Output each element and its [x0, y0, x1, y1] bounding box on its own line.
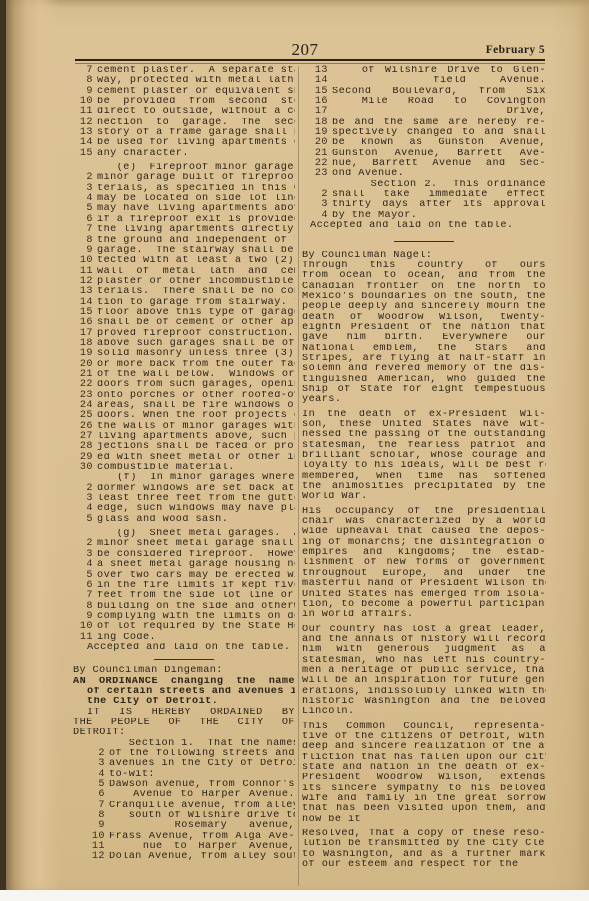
line-number: 5: [73, 571, 97, 581]
numbered-line: 5Dawson avenue, from Connor's: [79, 780, 295, 790]
section-g-sheet-metal-garages: (g) Sheet metal garages. A2minor sheet m…: [73, 529, 295, 643]
wilson-memorial-resolution: Through this country of oursfrom ocean t…: [302, 261, 546, 871]
numbered-line: 22nue, Barrett Avenue and Sec-: [302, 159, 546, 169]
line-number: [73, 163, 97, 173]
page-number: 207: [275, 40, 335, 60]
line-text: or more back from the outer face: [97, 360, 295, 370]
paragraph-line: Mexico's boundaries on the south, the: [302, 292, 546, 302]
numbered-line: 15any character.: [73, 149, 295, 159]
numbered-line: 8building on the side and otherwise: [73, 602, 295, 612]
line-text: south of Wilshire drive to: [109, 811, 295, 821]
line-number: 10: [73, 256, 97, 266]
paragraph-line: lution be transmitted by the City Clerk: [302, 839, 546, 849]
line-text: Section 2. This ordinance: [332, 180, 546, 190]
numbered-line: 25doors. When the roof projects over: [73, 411, 295, 421]
line-text: nection to garage. The second: [97, 118, 295, 128]
paragraph-line: National emblem, the Stars and: [302, 344, 546, 354]
line-text: be provided from second story: [97, 97, 295, 107]
numbered-line: 19spectively changed to and shall: [302, 128, 546, 138]
line-number: 10: [73, 622, 97, 632]
numbered-line: 14be used for living apartments of: [73, 138, 295, 148]
paragraph-line: of our esteem and respect for the: [302, 860, 546, 870]
line-text: jections shall be faced or protect-: [97, 442, 295, 452]
numbered-line: 5over two cars may be erected with-: [73, 571, 295, 581]
line-text: Second Boulevard, from Six: [332, 87, 546, 97]
numbered-line: 4may be located on side lot line and: [73, 194, 295, 204]
paragraph-line: membered, when time has softened: [302, 472, 546, 482]
line-number: 4: [73, 194, 97, 204]
paragraph-line: state and nation in the death of ex-: [302, 763, 546, 773]
numbered-line: 3be considered fireproof. However,: [73, 550, 295, 560]
numbered-line: 10of lot required by the State Hous-: [73, 622, 295, 632]
line-text: over two cars may be erected with-: [97, 571, 295, 581]
paragraph-line: masterful hand of President Wilson the: [302, 579, 546, 589]
line-text: (g) Sheet metal garages. A: [97, 529, 295, 539]
left-column: 7cement plaster. A separate stair-8way, …: [73, 66, 295, 863]
numbered-line: 11direct to outside, without a con-: [73, 107, 295, 117]
numbered-line: Section 2. This ordinance: [302, 180, 546, 190]
numbered-line: 2minor garage built of fireproof ma-: [73, 173, 295, 183]
numbered-line: 8way, protected with metal lath and: [73, 76, 295, 86]
paragraph-line: United States has emerged from isola-: [302, 590, 546, 600]
paragraph-line: historic Washington and the beloved: [302, 697, 546, 707]
paragraph-line: statesman, the fearless patriot and: [302, 441, 546, 451]
separator-rule: [394, 241, 454, 242]
resolution-paragraph: Our country has lost a great leader,and …: [302, 625, 546, 718]
numbered-line: 15floor above this type of garage: [73, 308, 295, 318]
line-number: 8: [73, 76, 97, 86]
numbered-line: 26the walls of minor garages with: [73, 422, 295, 432]
numbered-line: 16 Mile Road to Covington: [302, 97, 546, 107]
paragraph-line: tinguished American, who guided the: [302, 375, 546, 385]
line-text: solid masonry unless three (3) feet: [97, 349, 295, 359]
numbered-line: 7feet from the side lot line or other: [73, 591, 295, 601]
line-text: dormer windows are set back at: [97, 484, 295, 494]
line-text: doors. When the roof projects over: [97, 411, 295, 421]
numbered-line: 14tion to garage from stairway. The: [73, 298, 295, 308]
line-number: 30: [73, 463, 97, 473]
paragraph-line: Our country has lost a great leader,: [302, 625, 546, 635]
numbered-line: 4edge, such windows may have plain: [73, 504, 295, 514]
numbered-line: 2minor sheet metal garage shall not: [73, 539, 295, 549]
line-text: living apartments above, such pro-: [97, 432, 295, 442]
paragraph-line: brilliant scholar, whose courage and: [302, 451, 546, 461]
numbered-line: 6 Avenue to Harper Avenue.: [79, 790, 295, 800]
line-text: glass and wood sash.: [97, 515, 295, 525]
line-text: (e) Fireproof minor garages. A: [97, 163, 295, 173]
line-number: 4: [73, 560, 97, 570]
line-text: by the Mayor.: [332, 211, 546, 221]
line-text: tion to garage from stairway. The: [97, 298, 295, 308]
section-e-fireproof-minor-garages: (e) Fireproof minor garages. A2minor gar…: [73, 163, 295, 473]
resolution-paragraph: Through this country of oursfrom ocean t…: [302, 261, 546, 406]
numbered-line: 19solid masonry unless three (3) feet: [73, 349, 295, 359]
line-text: areas, shall be fire windows or: [97, 401, 295, 411]
line-number: 23: [302, 169, 332, 179]
numbered-line: (g) Sheet metal garages. A: [73, 529, 295, 539]
line-text: a sheet metal garage housing not: [97, 560, 295, 570]
ordinance-title-line: AN ORDINANCE changing the name: [73, 677, 295, 687]
resolution-paragraph: His occupancy of the presidentialchair w…: [302, 507, 546, 621]
line-text: be and the same are hereby re-: [332, 118, 546, 128]
line-text: be known as Gunston Avenue,: [332, 138, 546, 148]
paragraph-line: Through this country of ours: [302, 261, 546, 271]
page-header: 207 February 5: [75, 40, 545, 58]
paragraph-line: In the death of ex-President Wil-: [302, 410, 546, 420]
numbered-line: 20be known as Gunston Avenue,: [302, 138, 546, 148]
paragraph-line: lishment of new forms of government: [302, 558, 546, 568]
paragraph-line: President Woodrow Wilson, extends: [302, 773, 546, 783]
numbered-line: 29ed with sheet metal or other in-: [73, 453, 295, 463]
numbered-line: 11 nue to Harper Avenue,: [79, 842, 295, 852]
paragraph-line: statesman, who has left his country-: [302, 656, 546, 666]
paragraph-line: in world affairs.: [302, 610, 546, 620]
line-text: way, protected with metal lath and: [97, 76, 295, 86]
ordinance-title-line: the City of Detroit.: [73, 697, 295, 707]
numbered-line: 5may have living apartments above: [73, 204, 295, 214]
line-text: (f) In minor garages where: [97, 473, 295, 483]
numbered-line: 30combustible material.: [73, 463, 295, 473]
numbered-line: 9 Rosemary avenue,: [79, 821, 295, 831]
book-spine-shadow: [0, 0, 6, 892]
paragraph-line: chair was characterized by a world: [302, 517, 546, 527]
line-number: 7: [73, 66, 97, 76]
paragraph-line: loyalty to his ideals, will be best re-: [302, 461, 546, 471]
paragraph-line: nessed the passing of the outstanding: [302, 430, 546, 440]
numbered-line: 11wall of metal lath and cement: [73, 267, 295, 277]
line-text: spectively changed to and shall: [332, 128, 546, 138]
paragraph-line: gave him birth. Everywhere our: [302, 333, 546, 343]
paragraph-line: World War.: [302, 492, 546, 502]
paragraph-line: death of Woodrow Wilson, twenty-: [302, 313, 546, 323]
numbered-line: 21of the wall below. Windows or: [73, 370, 295, 380]
paragraph-line: will be an inspiration for future gen-: [302, 676, 546, 686]
line-text: cement plaster. A separate stair-: [97, 66, 295, 76]
section-1-street-list: Section 1. That the names2of the followi…: [73, 739, 295, 863]
line-number: 11: [73, 633, 97, 643]
paragraph-line: son, these United States have wit-: [302, 420, 546, 430]
line-text: the living apartments directly to: [97, 225, 295, 235]
line-text: in the fire limits if kept five (5): [97, 581, 295, 591]
numbered-line: 2of the following streets and: [79, 749, 295, 759]
numbered-line: 7the living apartments directly to: [73, 225, 295, 235]
numbered-line: 14 field Avenue.: [302, 76, 546, 86]
line-text: ond Avenue.: [332, 169, 546, 179]
paragraph-line: throughout Europe, and under the: [302, 569, 546, 579]
line-text: doors from such garages, opening: [97, 380, 295, 390]
accepted-note: Accepted and laid on the table.: [73, 643, 295, 653]
line-text: Drive,: [332, 107, 546, 117]
line-number: 2: [73, 173, 97, 183]
line-text: Mile Road to Covington: [332, 97, 546, 107]
numbered-line: 8 south of Wilshire drive to: [79, 811, 295, 821]
line-text: direct to outside, without a con-: [97, 107, 295, 117]
line-text: edge, such windows may have plain: [97, 504, 295, 514]
header-rule-thick: [75, 59, 545, 61]
resolution-paragraph: In the death of ex-President Wil-son, th…: [302, 410, 546, 503]
paragraph-line: the animosities precipitated by the: [302, 482, 546, 492]
scan-bottom-margin: [0, 890, 589, 901]
line-number: [73, 529, 97, 539]
numbered-line: 10tected with at least a two (2) inch: [73, 256, 295, 266]
line-text: proved fireproof construction. Walls: [97, 329, 295, 339]
numbered-line: 9complying with the limits on depth: [73, 612, 295, 622]
numbered-line: 21Gunston Avenue, Barrett Ave-: [302, 149, 546, 159]
numbered-line: 7cement plaster. A separate stair-: [73, 66, 295, 76]
line-number: 3: [73, 550, 97, 560]
line-text: nue, Barrett Avenue and Sec-: [332, 159, 546, 169]
numbered-line: (f) In minor garages where: [73, 473, 295, 483]
paragraph-line: years.: [302, 395, 546, 405]
ordained-line: DETROIT:: [73, 728, 295, 738]
ordained-line: THE PEOPLE OF THE CITY OF: [73, 718, 295, 728]
numbered-line: 2dormer windows are set back at: [73, 484, 295, 494]
numbered-line: 10be provided from second story: [73, 97, 295, 107]
line-number: 3: [73, 494, 97, 504]
numbered-line: 8the ground and independent of the: [73, 236, 295, 246]
header-date: February 5: [486, 44, 545, 56]
numbered-line: 13 of Wilshire Drive to Glen-: [302, 66, 546, 76]
section-1-continued: 13 of Wilshire Drive to Glen-14 field Av…: [302, 66, 546, 180]
numbered-line: 5glass and wood sash.: [73, 515, 295, 525]
line-text: of the wall below. Windows or: [97, 370, 295, 380]
line-text: may be located on side lot line and: [97, 194, 295, 204]
numbered-line: 3thirty days after its approval: [302, 200, 546, 210]
numbered-line: Section 1. That the names: [79, 739, 295, 749]
separator-rule: [154, 659, 214, 660]
line-text: terials, as specified in this Code,: [97, 184, 295, 194]
line-text: complying with the limits on depth: [97, 612, 295, 622]
line-text: story of a frame garage shall not: [97, 128, 295, 138]
line-text: terials. There shall be no connec-: [97, 287, 295, 297]
numbered-line: 3terials, as specified in this Code,: [73, 184, 295, 194]
numbered-line: 11ing Code.: [73, 633, 295, 643]
numbered-line: 27living apartments above, such pro-: [73, 432, 295, 442]
numbered-line: 18above such garages shall be of: [73, 339, 295, 349]
line-number: 7: [73, 591, 97, 601]
paragraph-line: tion, to become a powerful participant: [302, 600, 546, 610]
section-f-dormer-windows: (f) In minor garages where2dormer window…: [73, 473, 295, 525]
resolution-paragraph: This Common Council, representa-tive of …: [302, 722, 546, 825]
numbered-line: 9cement plaster or equivalent shall: [73, 87, 295, 97]
paragraph-line: him with generous judgment as a: [302, 645, 546, 655]
numbered-line: 4to-wit:: [79, 770, 295, 780]
line-number: 8: [73, 602, 97, 612]
line-number: 4: [73, 504, 97, 514]
paragraph-line: Lincoln.: [302, 707, 546, 717]
numbered-line: 10Frass Avenue, from Alga Ave-: [79, 832, 295, 842]
line-text: Dolan Avenue, from alley south: [109, 852, 295, 862]
paragraph-line: solemn and revered memory of the dis-: [302, 364, 546, 374]
garage-code-block: 7cement plaster. A separate stair-8way, …: [73, 66, 295, 159]
paragraph-line: that has been visited upon them, and: [302, 804, 546, 814]
line-text: of Wilshire Drive to Glen-: [332, 66, 546, 76]
paragraph-line: tive of the citizens of Detroit, with a: [302, 732, 546, 742]
paragraph-line: empires and kingdoms; the estab-: [302, 548, 546, 558]
line-number: 5: [73, 515, 97, 525]
line-text: of the following streets and: [109, 749, 295, 759]
numbered-line: 28jections shall be faced or protect-: [73, 442, 295, 452]
line-text: Rosemary avenue,: [109, 821, 295, 831]
paragraph-line: and the annals of history will record: [302, 635, 546, 645]
numbered-line: 3least three feet from the gutter: [73, 494, 295, 504]
numbered-line: 17proved fireproof construction. Walls: [73, 329, 295, 339]
line-text: Avenue to Harper Avenue.: [109, 790, 295, 800]
line-text: if a fireproof exit is provided from: [97, 215, 295, 225]
byline-dingeman: By Councilman Dingeman:: [73, 666, 295, 676]
numbered-line: 17 Drive,: [302, 107, 546, 117]
paragraph-line: now be it: [302, 815, 546, 825]
numbered-line: 12plaster or other incombustible ma-: [73, 277, 295, 287]
paragraph-line: ing of monarchs; the disintegration of: [302, 538, 546, 548]
line-text: thirty days after its approval: [332, 200, 546, 210]
line-text: of lot required by the State Hous-: [97, 622, 295, 632]
paragraph-line: Stripes, are flying at half-staff in: [302, 354, 546, 364]
line-text: any character.: [97, 149, 295, 159]
paragraph-line: This Common Council, representa-: [302, 722, 546, 732]
numbered-line: 9garage. The stairway shall be pro-: [73, 246, 295, 256]
line-number: 15: [73, 149, 97, 159]
line-text: the walls of minor garages with: [97, 422, 295, 432]
numbered-line: 6in the fire limits if kept five (5): [73, 581, 295, 591]
line-text: onto porches or other roofed-over: [97, 391, 295, 401]
line-text: avenues in the City of Detroit.: [109, 759, 295, 769]
line-text: be used for living apartments of: [97, 138, 295, 148]
line-text: the ground and independent of the: [97, 236, 295, 246]
line-text: field Avenue.: [332, 76, 546, 86]
paragraph-line: His occupancy of the presidential: [302, 507, 546, 517]
paragraph-line: Resolved, That a copy of these reso-: [302, 829, 546, 839]
numbered-line: 12nection to garage. The second: [73, 118, 295, 128]
numbered-line: 12Dolan Avenue, from alley south: [79, 852, 295, 862]
line-text: garage. The stairway shall be pro-: [97, 246, 295, 256]
paragraph-line: men a heritage of public service, that: [302, 666, 546, 676]
line-number: [73, 473, 97, 483]
line-number: 3: [73, 184, 97, 194]
line-number: 8: [73, 236, 97, 246]
line-text: floor above this type of garage: [97, 308, 295, 318]
line-text: building on the side and otherwise: [97, 602, 295, 612]
line-number: 5: [73, 204, 97, 214]
ordinance-title-line: of certain streets and avenues in: [73, 687, 295, 697]
line-text: Cranquille avenue, from alley: [109, 801, 295, 811]
line-text: be considered fireproof. However,: [97, 550, 295, 560]
paragraph-line: deep and sincere realization of the af-: [302, 742, 546, 752]
paragraph-line: Canadian frontier on the north to: [302, 282, 546, 292]
numbered-line: 3avenues in the City of Detroit.: [79, 759, 295, 769]
numbered-line: 6if a fireproof exit is provided from: [73, 215, 295, 225]
paragraph-line: fliction that has fallen upon our city,: [302, 753, 546, 763]
numbered-line: 23onto porches or other roofed-over: [73, 391, 295, 401]
line-number: 7: [73, 225, 97, 235]
line-number: 2: [73, 484, 97, 494]
numbered-line: 16shall be of cement or other ap-: [73, 318, 295, 328]
numbered-line: 23ond Avenue.: [302, 169, 546, 179]
numbered-line: 13story of a frame garage shall not: [73, 128, 295, 138]
line-number: 2: [73, 539, 97, 549]
line-text: Gunston Avenue, Barrett Ave-: [332, 149, 546, 159]
numbered-line: 7Cranquille avenue, from alley: [79, 801, 295, 811]
line-text: shall be of cement or other ap-: [97, 318, 295, 328]
ordained-line: IT IS HEREBY ORDAINED BY: [73, 708, 295, 718]
numbered-line: 22doors from such garages, opening: [73, 380, 295, 390]
right-column: 13 of Wilshire Drive to Glen-14 field Av…: [302, 66, 546, 870]
line-text: wall of metal lath and cement: [97, 267, 295, 277]
line-text: Dawson avenue, from Connor's: [109, 780, 295, 790]
paragraph-line: Ship of State for eight tempestuous: [302, 385, 546, 395]
line-text: to-wit:: [109, 770, 295, 780]
line-text: Frass Avenue, from Alga Ave-: [109, 832, 295, 842]
header-rule-thin: [75, 63, 545, 64]
line-text: nue to Harper Avenue,: [109, 842, 295, 852]
line-text: Section 1. That the names: [109, 739, 295, 749]
line-text: minor sheet metal garage shall not: [97, 539, 295, 549]
resolution-paragraph: Resolved, That a copy of these reso-luti…: [302, 829, 546, 870]
numbered-line: 20or more back from the outer face: [73, 360, 295, 370]
line-text: tected with at least a two (2) inch: [97, 256, 295, 266]
line-number: 12: [79, 852, 109, 862]
paragraph-line: erations, indissolubly linked with the: [302, 687, 546, 697]
line-text: combustible material.: [97, 463, 295, 473]
byline-nagel: By Councilman Nagel:: [302, 251, 546, 261]
numbered-line: 24areas, shall be fire windows or: [73, 401, 295, 411]
line-number: 6: [73, 215, 97, 225]
line-text: plaster or other incombustible ma-: [97, 277, 295, 287]
numbered-line: 13terials. There shall be no connec-: [73, 287, 295, 297]
paragraph-line: wife and family in the great sorrow: [302, 794, 546, 804]
numbered-line: (e) Fireproof minor garages. A: [73, 163, 295, 173]
numbered-line: 2shall take immediate effect: [302, 190, 546, 200]
line-text: may have living apartments above: [97, 204, 295, 214]
paragraph-line: eighth President of the nation that: [302, 323, 546, 333]
column-divider: [298, 66, 299, 886]
paragraph-line: to Washington, and as a further mark: [302, 850, 546, 860]
numbered-line: 4by the Mayor.: [302, 211, 546, 221]
paragraph-line: its sincere sympathy to his beloved: [302, 784, 546, 794]
accepted-note: Accepted and laid on the table.: [302, 221, 546, 231]
line-text: least three feet from the gutter: [97, 494, 295, 504]
paragraph-line: wide upheaval that caused the depos-: [302, 527, 546, 537]
line-text: shall take immediate effect: [332, 190, 546, 200]
numbered-line: 4a sheet metal garage housing not: [73, 560, 295, 570]
line-text: cement plaster or equivalent shall: [97, 87, 295, 97]
line-text: ing Code.: [97, 633, 295, 643]
line-text: above such garages shall be of: [97, 339, 295, 349]
line-text: minor garage built of fireproof ma-: [97, 173, 295, 183]
line-text: ed with sheet metal or other in-: [97, 453, 295, 463]
line-text: feet from the side lot line or other: [97, 591, 295, 601]
line-number: 13: [73, 287, 97, 297]
section-2-effective-date: Section 2. This ordinance2shall take imm…: [302, 180, 546, 221]
line-number: 6: [73, 581, 97, 591]
paragraph-line: from ocean to ocean, and from the: [302, 271, 546, 281]
paragraph-line: people deeply and sincerely mourn the: [302, 302, 546, 312]
numbered-line: 18be and the same are hereby re-: [302, 118, 546, 128]
numbered-line: 15Second Boulevard, from Six: [302, 87, 546, 97]
line-number: 4: [302, 211, 332, 221]
